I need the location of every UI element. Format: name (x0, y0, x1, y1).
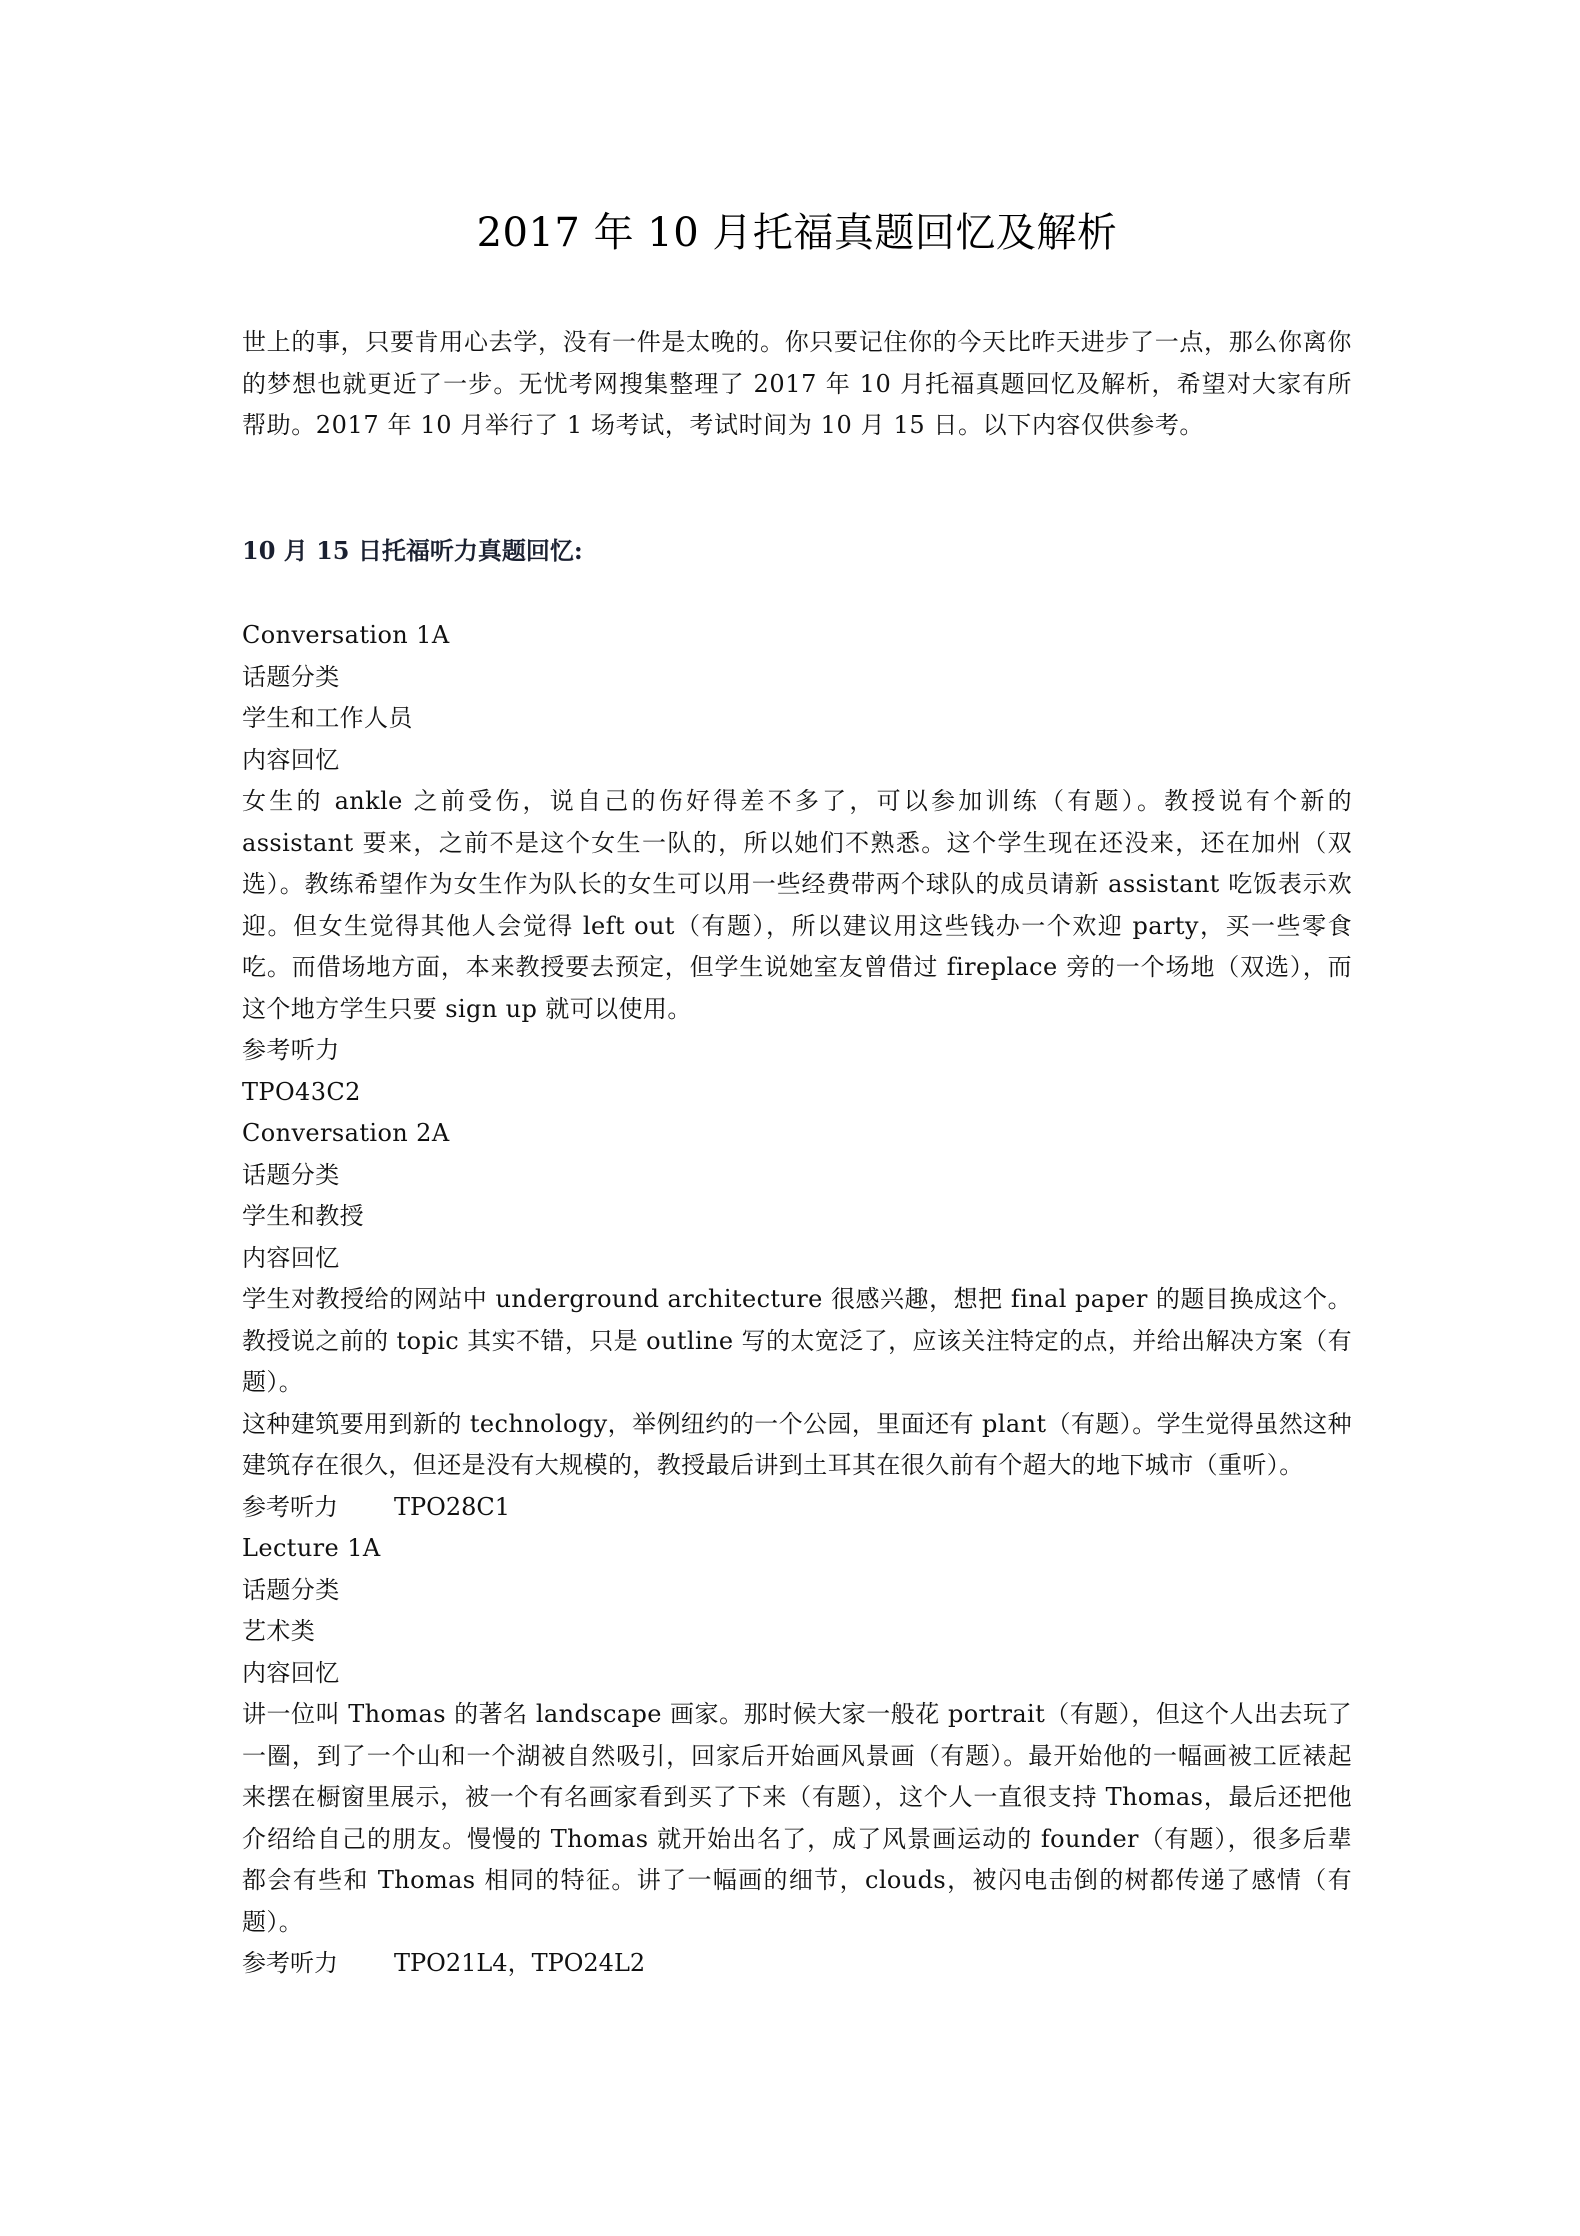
content-paragraph: 女生的 ankle 之前受伤，说自己的伤好得差不多了，可以参加训练（有题）。教授… (242, 781, 1352, 1030)
topic-value: 学生和工作人员 (242, 698, 1352, 740)
topic-value: 艺术类 (242, 1611, 1352, 1653)
document-title: 2017 年 10 月托福真题回忆及解析 (242, 205, 1352, 261)
topic-label: 话题分类 (242, 1155, 1352, 1197)
topic-value: 学生和教授 (242, 1196, 1352, 1238)
listening-item-conversation-2a: Conversation 2A 话题分类 学生和教授 内容回忆 学生对教授给的网… (242, 1113, 1352, 1528)
reference-line: 参考听力TPO28C1 (242, 1487, 1352, 1529)
reference-label: 参考听力 (242, 1030, 1352, 1072)
intro-paragraph: 世上的事，只要肯用心去学，没有一件是太晚的。你只要记住你的今天比昨天进步了一点，… (242, 322, 1352, 447)
reference-value: TPO21L4，TPO24L2 (394, 1949, 645, 1977)
content-paragraph: 讲一位叫 Thomas 的著名 landscape 画家。那时候大家一般花 po… (242, 1694, 1352, 1943)
listening-item-conversation-1a: Conversation 1A 话题分类 学生和工作人员 内容回忆 女生的 an… (242, 615, 1352, 1113)
topic-label: 话题分类 (242, 657, 1352, 699)
reference-label: 参考听力 (242, 1949, 338, 1977)
reference-label: 参考听力 (242, 1493, 338, 1521)
content-label: 内容回忆 (242, 1238, 1352, 1280)
listening-items: Conversation 1A 话题分类 学生和工作人员 内容回忆 女生的 an… (242, 615, 1352, 1985)
content-paragraph: 学生对教授给的网站中 underground architecture 很感兴趣… (242, 1279, 1352, 1404)
content-label: 内容回忆 (242, 740, 1352, 782)
reference-line: 参考听力TPO21L4，TPO24L2 (242, 1943, 1352, 1985)
listening-item-lecture-1a: Lecture 1A 话题分类 艺术类 内容回忆 讲一位叫 Thomas 的著名… (242, 1528, 1352, 1985)
item-title: Conversation 2A (242, 1113, 1352, 1155)
content-paragraph: 这种建筑要用到新的 technology，举例纽约的一个公园，里面还有 plan… (242, 1404, 1352, 1487)
content-label: 内容回忆 (242, 1653, 1352, 1695)
topic-label: 话题分类 (242, 1570, 1352, 1612)
section-heading: 10 月 15 日托福听力真题回忆: (242, 530, 583, 572)
reference-value: TPO43C2 (242, 1072, 1352, 1114)
reference-value: TPO28C1 (394, 1493, 510, 1521)
item-title: Lecture 1A (242, 1528, 1352, 1570)
item-title: Conversation 1A (242, 615, 1352, 657)
